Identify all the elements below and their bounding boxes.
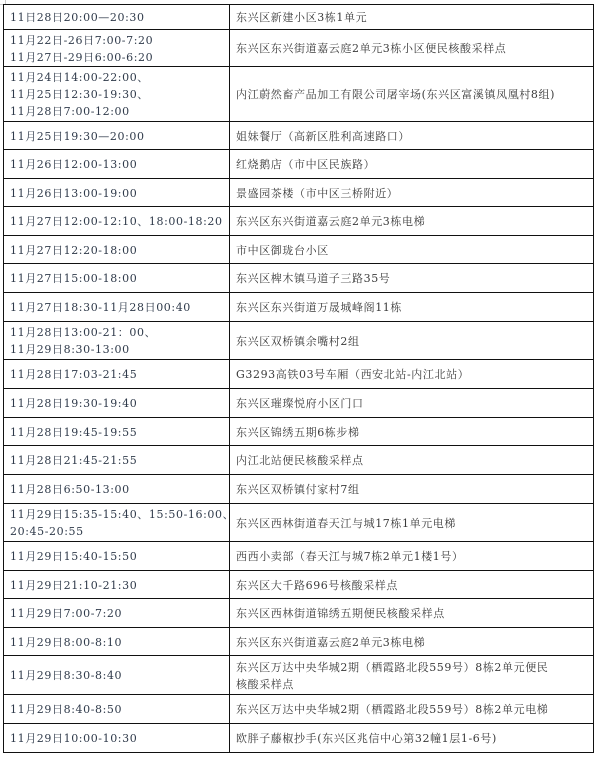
place-cell: 东兴区双桥镇付家村7组 bbox=[230, 475, 594, 504]
time-cell: 11月29日10:00-10:30 bbox=[4, 724, 230, 753]
table-row: 11月29日8:40-8:50 东兴区万达中央华城2期（栖霞路北段559号）8栋… bbox=[4, 695, 594, 724]
time-cell: 11日28日20:00—20:30 bbox=[4, 5, 230, 30]
place-text: 东兴区东兴街道嘉云庭2单元3栋电梯 bbox=[236, 634, 587, 651]
place-cell: 东兴区椑木镇马道子三路35号 bbox=[230, 264, 594, 293]
time-cell: 11月26日12:00-13:00 bbox=[4, 150, 230, 179]
time-cell: 11月28日19:45-19:55 bbox=[4, 418, 230, 446]
table-row: 11月28日6:50-13:00 东兴区双桥镇付家村7组 bbox=[4, 475, 594, 504]
time-text: 11月27日-29日6:00-6:20 bbox=[10, 49, 223, 66]
place-text: 欧胖子藤椒抄手(东兴区兆信中心第32幢1层1-6号) bbox=[236, 730, 587, 747]
place-cell: 景盛园茶楼（市中区三桥附近） bbox=[230, 179, 594, 207]
place-text: 景盛园茶楼（市中区三桥附近） bbox=[236, 185, 587, 202]
table-row: 11月26日13:00-19:00 景盛园茶楼（市中区三桥附近） bbox=[4, 179, 594, 207]
place-cell: 东兴区西林街道春天江与城17栋1单元电梯 bbox=[230, 504, 594, 542]
place-cell: 内江北站便民核酸采样点 bbox=[230, 446, 594, 475]
time-cell: 11月28日13:00-21：00、11月29日8:30-13:00 bbox=[4, 322, 230, 360]
place-text: 东兴区东兴街道万晟城峰阁11栋 bbox=[236, 299, 587, 316]
table-row: 11月29日10:00-10:30 欧胖子藤椒抄手(东兴区兆信中心第32幢1层1… bbox=[4, 724, 594, 753]
time-cell: 11月27日12:00-12:10、18:00-18:20 bbox=[4, 207, 230, 236]
place-cell: 姐妹餐厅（高新区胜利高速路口） bbox=[230, 122, 594, 150]
time-text: 11月24日14:00-22:00、 bbox=[10, 69, 223, 86]
place-text: 内江北站便民核酸采样点 bbox=[236, 452, 587, 469]
place-text: 东兴区锦绣五期6栋步梯 bbox=[236, 424, 587, 441]
time-cell: 11月28日21:45-21:55 bbox=[4, 446, 230, 475]
time-cell: 11月29日21:10-21:30 bbox=[4, 571, 230, 599]
place-text: 东兴区双桥镇付家村7组 bbox=[236, 481, 587, 498]
itinerary-table-body: 11日28日20:00—20:30 东兴区新建小区3栋1单元 11月22日-26… bbox=[4, 5, 594, 753]
place-cell: 东兴区东兴街道嘉云庭2单元3栋小区便民核酸采样点 bbox=[230, 30, 594, 67]
time-cell: 11月29日15:35-15:40、15:50-16:00、20:45-20:5… bbox=[4, 504, 230, 542]
table-row: 11月29日15:35-15:40、15:50-16:00、20:45-20:5… bbox=[4, 504, 594, 542]
time-text: 20:45-20:55 bbox=[10, 523, 223, 540]
place-text: 东兴区双桥镇余嘴村2组 bbox=[236, 333, 587, 350]
place-cell: 东兴区万达中央华城2期（栖霞路北段559号）8栋2单元便民核酸采样点 bbox=[230, 656, 594, 695]
place-text: 核酸采样点 bbox=[236, 676, 587, 693]
place-cell: 东兴区东兴街道嘉云庭2单元3栋电梯 bbox=[230, 207, 594, 236]
time-text: 11月26日13:00-19:00 bbox=[10, 185, 223, 202]
place-cell: 红烧鹅店（市中区民族路） bbox=[230, 150, 594, 179]
place-cell: 东兴区璀璨悦府小区门口 bbox=[230, 389, 594, 418]
place-cell: 东兴区东兴街道万晟城峰阁11栋 bbox=[230, 293, 594, 322]
time-text: 11月29日15:35-15:40、15:50-16:00、 bbox=[10, 506, 223, 523]
time-text: 11月26日12:00-13:00 bbox=[10, 156, 223, 173]
table-row: 11日28日20:00—20:30 东兴区新建小区3栋1单元 bbox=[4, 5, 594, 30]
place-cell: 东兴区东兴街道嘉云庭2单元3栋电梯 bbox=[230, 628, 594, 656]
time-text: 11月27日15:00-18:00 bbox=[10, 270, 223, 287]
place-text: 姐妹餐厅（高新区胜利高速路口） bbox=[236, 128, 587, 145]
place-text: 东兴区东兴街道嘉云庭2单元3栋电梯 bbox=[236, 213, 587, 230]
table-row: 11月28日21:45-21:55 内江北站便民核酸采样点 bbox=[4, 446, 594, 475]
table-row: 11月29日7:00-7:20 东兴区西林街道锦绣五期便民核酸采样点 bbox=[4, 599, 594, 628]
place-cell: 东兴区锦绣五期6栋步梯 bbox=[230, 418, 594, 446]
time-cell: 11月29日7:00-7:20 bbox=[4, 599, 230, 628]
time-cell: 11月27日12:20-18:00 bbox=[4, 236, 230, 264]
time-text: 11月28日19:45-19:55 bbox=[10, 424, 223, 441]
time-text: 11月29日15:40-15:50 bbox=[10, 548, 223, 565]
itinerary-table: 11日28日20:00—20:30 东兴区新建小区3栋1单元 11月22日-26… bbox=[3, 4, 594, 753]
table-row: 11月27日12:20-18:00 市中区御珑台小区 bbox=[4, 236, 594, 264]
place-text: 内江蔚然畜产品加工有限公司屠宰场(东兴区富溪镇凤凰村8组) bbox=[236, 86, 587, 103]
place-cell: 东兴区万达中央华城2期（栖霞路北段559号）8栋2单元电梯 bbox=[230, 695, 594, 724]
time-text: 11月25日19:30—20:00 bbox=[10, 128, 223, 145]
place-text: 东兴区璀璨悦府小区门口 bbox=[236, 395, 587, 412]
place-text: 东兴区大千路696号核酸采样点 bbox=[236, 577, 587, 594]
time-text: 11月29日8:00-8:10 bbox=[10, 634, 223, 651]
place-text: 东兴区椑木镇马道子三路35号 bbox=[236, 270, 587, 287]
table-row: 11月25日19:30—20:00 姐妹餐厅（高新区胜利高速路口） bbox=[4, 122, 594, 150]
table-row: 11月22日-26日7:00-7:2011月27日-29日6:00-6:20 东… bbox=[4, 30, 594, 67]
table-row: 11月29日8:00-8:10 东兴区东兴街道嘉云庭2单元3栋电梯 bbox=[4, 628, 594, 656]
place-text: 红烧鹅店（市中区民族路） bbox=[236, 156, 587, 173]
time-cell: 11月28日6:50-13:00 bbox=[4, 475, 230, 504]
table-row: 11月29日15:40-15:50 西西小卖部（春天江与城7栋2单元1楼1号） bbox=[4, 542, 594, 571]
place-text: 东兴区西林街道春天江与城17栋1单元电梯 bbox=[236, 515, 587, 532]
place-text: 西西小卖部（春天江与城7栋2单元1楼1号） bbox=[236, 548, 587, 565]
place-cell: 东兴区西林街道锦绣五期便民核酸采样点 bbox=[230, 599, 594, 628]
place-cell: G3293高铁03号车厢（西安北站-内江北站） bbox=[230, 360, 594, 389]
time-text: 11月29日21:10-21:30 bbox=[10, 577, 223, 594]
table-row: 11月28日19:30-19:40 东兴区璀璨悦府小区门口 bbox=[4, 389, 594, 418]
time-cell: 11月22日-26日7:00-7:2011月27日-29日6:00-6:20 bbox=[4, 30, 230, 67]
time-cell: 11月29日8:00-8:10 bbox=[4, 628, 230, 656]
place-cell: 西西小卖部（春天江与城7栋2单元1楼1号） bbox=[230, 542, 594, 571]
time-text: 11月29日8:40-8:50 bbox=[10, 701, 223, 718]
table-row: 11月27日15:00-18:00 东兴区椑木镇马道子三路35号 bbox=[4, 264, 594, 293]
time-cell: 11月29日15:40-15:50 bbox=[4, 542, 230, 571]
table-row: 11月27日12:00-12:10、18:00-18:20 东兴区东兴街道嘉云庭… bbox=[4, 207, 594, 236]
table-row: 11月26日12:00-13:00 红烧鹅店（市中区民族路） bbox=[4, 150, 594, 179]
time-text: 11月29日8:30-13:00 bbox=[10, 341, 223, 358]
place-text: 东兴区东兴街道嘉云庭2单元3栋小区便民核酸采样点 bbox=[236, 40, 587, 57]
time-text: 11日28日20:00—20:30 bbox=[10, 9, 223, 26]
time-cell: 11月25日19:30—20:00 bbox=[4, 122, 230, 150]
table-row: 11月28日13:00-21：00、11月29日8:30-13:00 东兴区双桥… bbox=[4, 322, 594, 360]
time-text: 11月27日18:30-11月28日00:40 bbox=[10, 299, 223, 316]
place-text: 市中区御珑台小区 bbox=[236, 242, 587, 259]
time-cell: 11月28日17:03-21:45 bbox=[4, 360, 230, 389]
place-text: 东兴区万达中央华城2期（栖霞路北段559号）8栋2单元便民 bbox=[236, 659, 587, 676]
table-row: 11月28日17:03-21:45 G3293高铁03号车厢（西安北站-内江北站… bbox=[4, 360, 594, 389]
table-row: 11月29日21:10-21:30 东兴区大千路696号核酸采样点 bbox=[4, 571, 594, 599]
table-row: 11月27日18:30-11月28日00:40 东兴区东兴街道万晟城峰阁11栋 bbox=[4, 293, 594, 322]
time-text: 11月29日7:00-7:20 bbox=[10, 605, 223, 622]
time-text: 11月22日-26日7:00-7:20 bbox=[10, 32, 223, 49]
time-cell: 11月26日13:00-19:00 bbox=[4, 179, 230, 207]
time-text: 11月28日6:50-13:00 bbox=[10, 481, 223, 498]
table-row: 11月28日19:45-19:55 东兴区锦绣五期6栋步梯 bbox=[4, 418, 594, 446]
time-cell: 11月28日19:30-19:40 bbox=[4, 389, 230, 418]
time-cell: 11月27日18:30-11月28日00:40 bbox=[4, 293, 230, 322]
place-cell: 东兴区双桥镇余嘴村2组 bbox=[230, 322, 594, 360]
time-cell: 11月27日15:00-18:00 bbox=[4, 264, 230, 293]
place-text: 东兴区新建小区3栋1单元 bbox=[236, 9, 587, 26]
time-text: 11月28日7:00-12:00 bbox=[10, 103, 223, 120]
time-text: 11月27日12:00-12:10、18:00-18:20 bbox=[10, 213, 223, 230]
time-text: 11月25日12:30-19:30、 bbox=[10, 86, 223, 103]
place-cell: 东兴区新建小区3栋1单元 bbox=[230, 5, 594, 30]
time-text: 11月27日12:20-18:00 bbox=[10, 242, 223, 259]
time-text: 11月29日10:00-10:30 bbox=[10, 730, 223, 747]
place-text: G3293高铁03号车厢（西安北站-内江北站） bbox=[236, 366, 587, 383]
place-cell: 欧胖子藤椒抄手(东兴区兆信中心第32幢1层1-6号) bbox=[230, 724, 594, 753]
place-cell: 市中区御珑台小区 bbox=[230, 236, 594, 264]
table-row: 11月29日8:30-8:40 东兴区万达中央华城2期（栖霞路北段559号）8栋… bbox=[4, 656, 594, 695]
time-text: 11月28日17:03-21:45 bbox=[10, 366, 223, 383]
place-cell: 东兴区大千路696号核酸采样点 bbox=[230, 571, 594, 599]
time-text: 11月28日21:45-21:55 bbox=[10, 452, 223, 469]
time-text: 11月29日8:30-8:40 bbox=[10, 667, 223, 684]
time-cell: 11月29日8:40-8:50 bbox=[4, 695, 230, 724]
place-text: 东兴区西林街道锦绣五期便民核酸采样点 bbox=[236, 605, 587, 622]
place-text: 东兴区万达中央华城2期（栖霞路北段559号）8栋2单元电梯 bbox=[236, 701, 587, 718]
time-cell: 11月24日14:00-22:00、11月25日12:30-19:30、11月2… bbox=[4, 67, 230, 122]
time-text: 11月28日19:30-19:40 bbox=[10, 395, 223, 412]
table-row: 11月24日14:00-22:00、11月25日12:30-19:30、11月2… bbox=[4, 67, 594, 122]
place-cell: 内江蔚然畜产品加工有限公司屠宰场(东兴区富溪镇凤凰村8组) bbox=[230, 67, 594, 122]
time-text: 11月28日13:00-21：00、 bbox=[10, 324, 223, 341]
time-cell: 11月29日8:30-8:40 bbox=[4, 656, 230, 695]
